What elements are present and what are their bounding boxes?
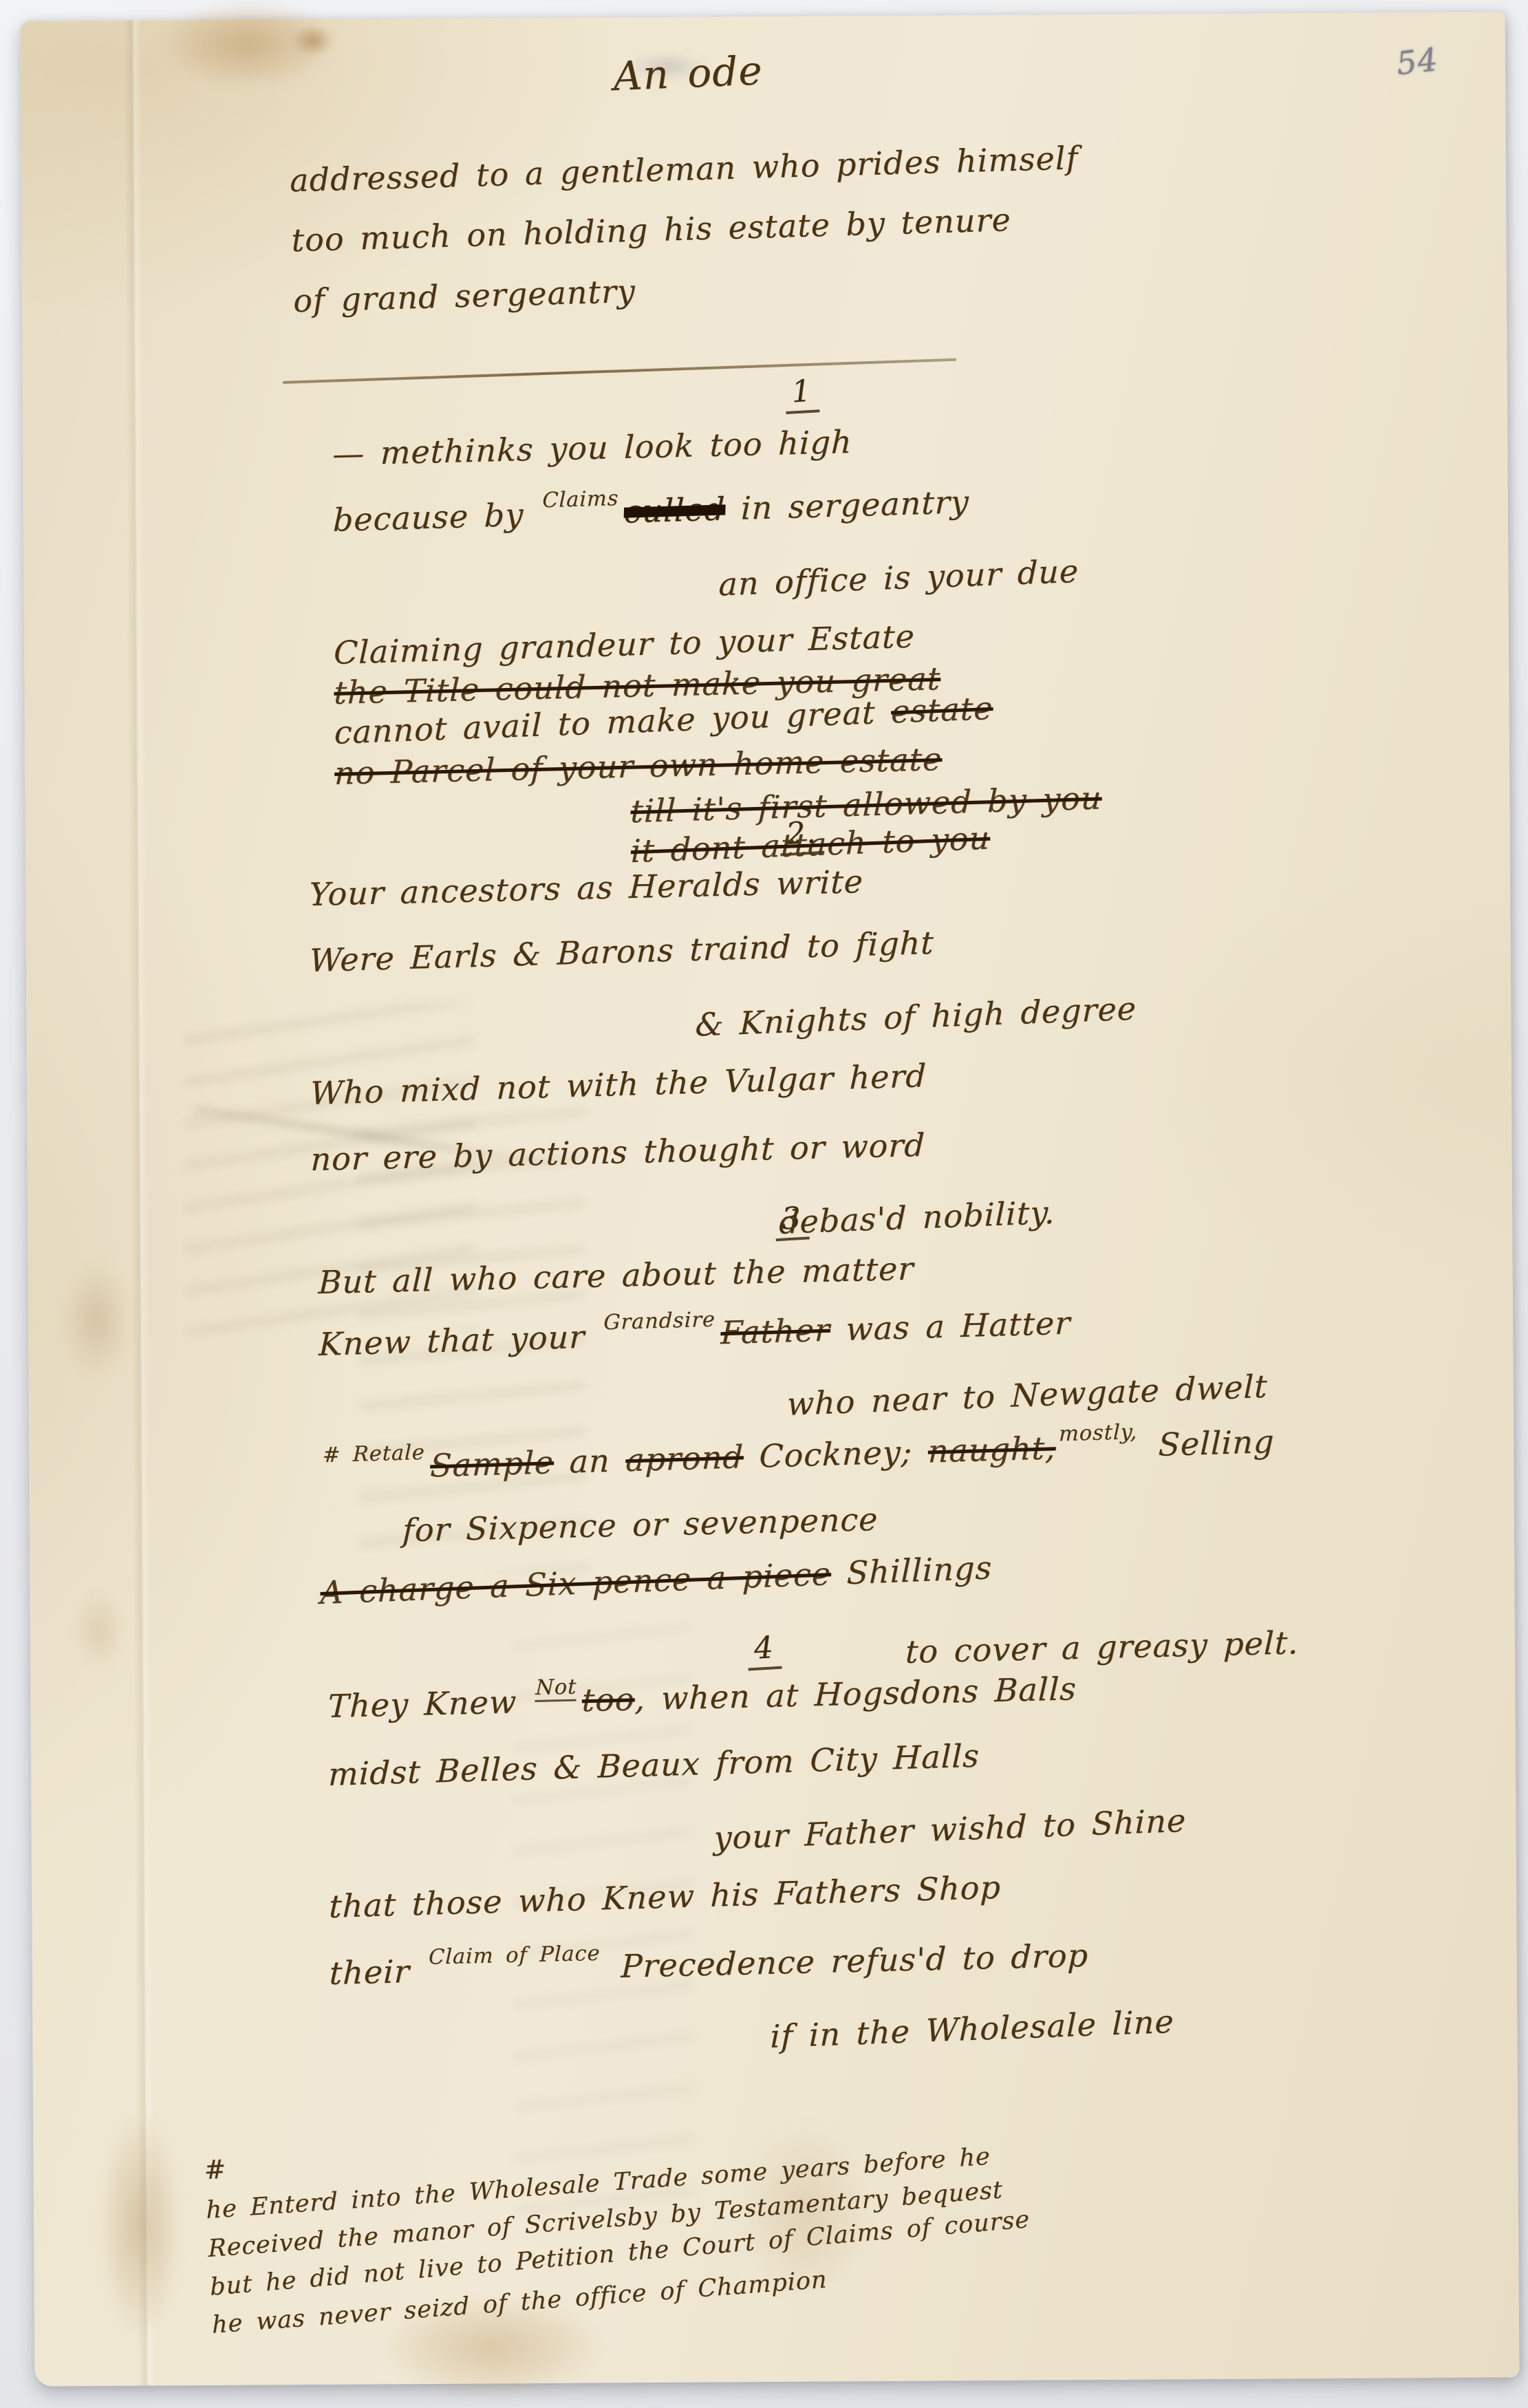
dedication: addressed to a gentleman who prides hims… — [289, 128, 1083, 331]
poem-line-segment: your Father wishd to Shine — [713, 1802, 1186, 1857]
poem-line-segment: Precedence refus'd to drop — [605, 1937, 1089, 1986]
poem-line-segment: midst Belles & Beaux from City Halls — [327, 1737, 980, 1793]
poem-line-segment: their — [329, 1952, 426, 1991]
poem-line: to cover a greasy pelt. — [905, 1621, 1504, 1668]
poem-line-segment: Claims — [542, 488, 619, 512]
poem-line-segment: Shillings — [831, 1549, 993, 1593]
poem-line: midst Belles & Beaux from City Halls — [328, 1723, 1525, 1791]
poem-line-segment: an — [553, 1441, 626, 1481]
poem-line: their Claim of Place Precedence refus'd … — [329, 1928, 1527, 1990]
footnote-lines-anchor — [235, 2156, 237, 2184]
poem-line: an office is your due — [718, 539, 1461, 601]
poem-line-segment: if in the Wholesale line — [770, 2003, 1174, 2055]
poem-line-segment: an office is your due — [718, 552, 1079, 603]
stain — [98, 2111, 182, 2339]
footnote-lines: he Enterd into the Wholesale Trade some … — [205, 2129, 1518, 2341]
poem-line-segment: no Parcel of your own home estate — [334, 740, 943, 792]
poem-line-segment: too — [581, 1680, 635, 1719]
stain — [71, 1589, 127, 1672]
poem-line-segment: A charge a Six pence a piece — [320, 1556, 831, 1612]
poem-line-segment: nor ere by actions thought or word — [310, 1126, 926, 1178]
poem-line-segment: Who mixd not with the Vulgar herd — [310, 1057, 927, 1112]
poem-line-segment: because by — [332, 495, 539, 539]
vertical-crease — [124, 21, 156, 2386]
poem-line-segment: — methinks you look too high — [332, 423, 853, 473]
poem-line: & Knights of high degree — [695, 979, 1465, 1041]
stanza-number: 1 — [784, 373, 819, 414]
poem-line-segment: that those who Knew his Fathers Shop — [329, 1869, 1002, 1925]
poem-line-segment: naught, — [927, 1429, 1056, 1470]
stanza: — methinks you look too highbecause by C… — [332, 431, 1463, 877]
poem-line-segment: estate — [891, 689, 993, 731]
poem-line-segment: Grandsire — [603, 1309, 715, 1335]
poem-line: if in the Wholesale line — [770, 1992, 1527, 2054]
poem-line-segment: Claim of Place — [429, 1943, 601, 1969]
poem-line: Knew that your GrandsireFather was a Hat… — [319, 1294, 1502, 1362]
poem-line-segment: in sergeantry — [725, 483, 970, 527]
poem-line-segment: # Retale — [322, 1442, 425, 1467]
poem-line: # RetaleSample an aprond Cockney; naught… — [319, 1418, 1503, 1485]
poem-line: debas'd nobility. — [779, 1181, 1467, 1240]
poem-line-segment: who near to Newgate dwelt — [786, 1367, 1268, 1422]
poem-line-segment: to cover a greasy pelt. — [905, 1624, 1299, 1670]
poem-line: nor ere by actions thought or word — [310, 1116, 1467, 1176]
stanza: But all who care about the matterKnew th… — [319, 1259, 1505, 1701]
poem-line: Were Earls & Barons traind to fight — [309, 911, 1465, 978]
poem-line: because by Claimsculled in sergeantry — [332, 471, 1461, 537]
poem-line-segment: Knew that your — [319, 1318, 601, 1363]
poem-line-segment: & Knights of high degree — [695, 989, 1137, 1043]
poem-line-segment: Father — [720, 1311, 831, 1352]
poem-line: — methinks you look too high — [332, 411, 1461, 471]
poem-line-segment: debas'd nobility. — [779, 1194, 1055, 1241]
poem-line-segment: Not — [535, 1677, 577, 1702]
poem-line: your Father wishd to Shine — [713, 1791, 1525, 1855]
stanza: They Knew Nottoo, when at Hogsdons Balls… — [327, 1682, 1527, 2089]
poem-line: who near to Newgate dwelt — [786, 1360, 1502, 1420]
poem-title: An ode — [563, 45, 813, 102]
hand-drawn-rule — [283, 358, 957, 384]
stanza: Your ancestors as Heralds writeWere Earl… — [309, 871, 1467, 1276]
poem-line: that those who Knew his Fathers Shop — [329, 1856, 1526, 1923]
poem-line-segment: Cockney; — [743, 1432, 928, 1475]
scanned-manuscript: { "page": { "number": "54", "title": "An… — [0, 0, 1528, 2408]
poem-line-segment: aprond — [625, 1438, 744, 1479]
poem-line-segment: Sample — [430, 1443, 555, 1484]
page-number: 54 — [1395, 41, 1440, 82]
poem-line-segment: mostly, — [1059, 1421, 1138, 1445]
footnote: # he Enterd into the Wholesale Trade som… — [203, 2077, 1519, 2350]
stain — [59, 1259, 136, 1384]
poem-line-segment: for Sixpence or sevenpence — [402, 1501, 879, 1549]
stain — [292, 25, 334, 56]
poem-line: Who mixd not with the Vulgar herd — [310, 1044, 1465, 1110]
footnote-marker: # — [203, 2154, 227, 2186]
poem-line-segment: They Knew — [327, 1683, 533, 1725]
poem-line-segment: culled — [623, 491, 726, 530]
poem-line-segment: Selling — [1142, 1423, 1275, 1464]
poem-line-segment: was a Hatter — [830, 1304, 1071, 1348]
manuscript-page: 54 An ode addressed to a gentleman who p… — [21, 12, 1520, 2386]
poem-line-segment: Were Earls & Barons traind to fight — [309, 924, 934, 979]
